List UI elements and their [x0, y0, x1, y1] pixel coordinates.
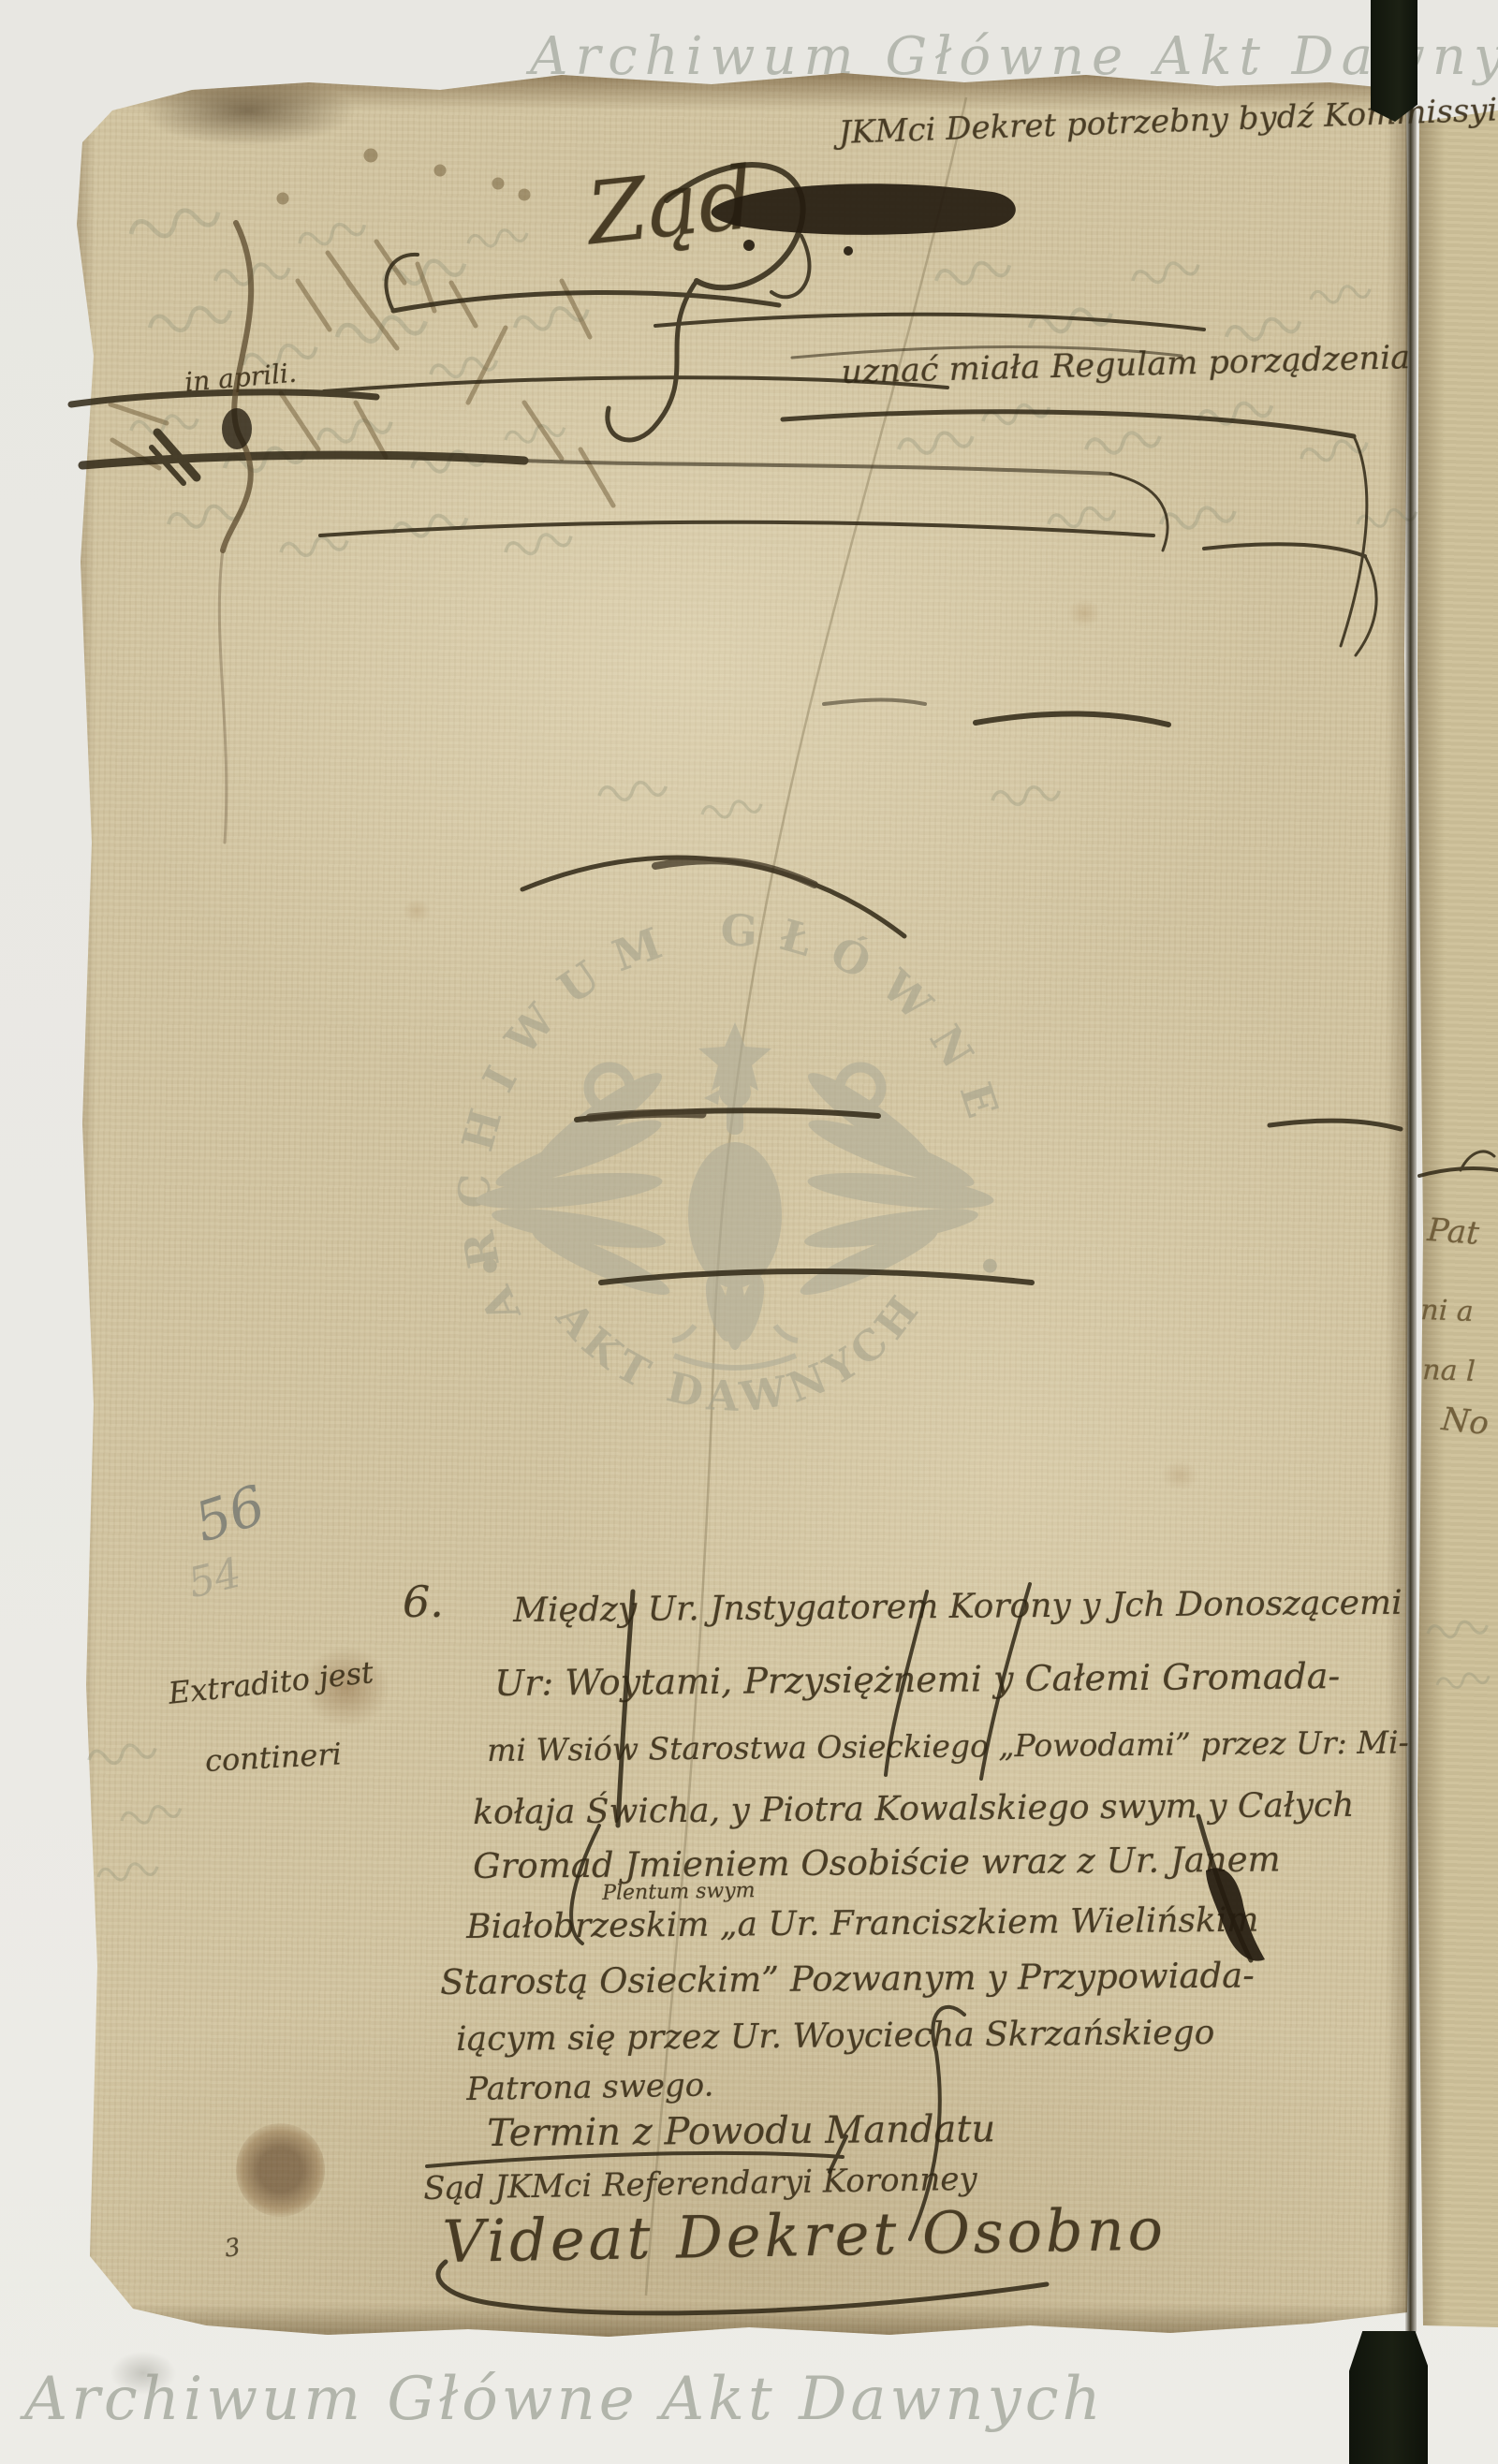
bookmark-ribbon-bottom: [1349, 2331, 1428, 2464]
closing-line-videat: Videat Dekret Osobno: [442, 2195, 1167, 2276]
body-line-7: Starostą Osieckim” Pozwanym y Przypowiad…: [440, 1955, 1255, 2002]
closing-line-termin: Termin z Powodu Mandatu: [487, 2107, 995, 2155]
fox-spot: [1161, 1460, 1198, 1490]
adjacent-fragment-1: Pat: [1426, 1211, 1480, 1253]
adjacent-fragment-2: ni a: [1420, 1294, 1475, 1328]
body-line-5: Gromad Jmieniem Osobiście wraz z Ur. Jan…: [473, 1839, 1281, 1886]
round-stain: [236, 2123, 325, 2217]
margin-note-extradito-2: contineri: [204, 1736, 343, 1779]
archive-watermark-bottom: Archiwum Główne Akt Dawnych: [24, 2365, 1105, 2434]
body-line-6: Białobrzeskim „a Ur. Franciszkiem Wieliń…: [466, 1901, 1259, 1946]
archive-watermark-top: Archiwum Główne Akt Dawnych: [530, 26, 1498, 87]
corner-mark: 3: [223, 2234, 242, 2264]
entry-number: 6.: [403, 1577, 444, 1627]
fox-spot: [403, 899, 431, 923]
page-edge-shadow-left: [60, 71, 95, 2337]
scanned-manuscript: Archiwum Główne Akt Dawnych Archiwum Głó…: [0, 0, 1498, 2464]
body-line-2: Ur: Woytami, Przysiężnemi y Całemi Groma…: [494, 1655, 1340, 1704]
interlinear-note: Plentum swym: [602, 1879, 756, 1905]
body-line-1: Między Ur. Jnstygatorem Korony y Jch Don…: [513, 1584, 1403, 1630]
adjacent-fragment-4: No: [1440, 1401, 1491, 1443]
body-line-8: iącym się przez Ur. Woyciecha Skrzańskie…: [456, 2014, 1214, 2059]
body-line-9: Patrona swego.: [466, 2066, 714, 2108]
adjacent-fragment-3: na l: [1422, 1354, 1476, 1388]
body-line-4: kołaja Świcha, y Piotra Kowalskiego swym…: [473, 1786, 1354, 1832]
fox-spot: [1067, 599, 1101, 627]
page-edge-shadow-bottom: [60, 2303, 1412, 2337]
heading-initial: Ząd: [582, 147, 758, 264]
edge-stain: [140, 75, 356, 146]
page-gutter-shadow: [1405, 107, 1417, 2335]
bookmark-ribbon-top: [1371, 0, 1417, 122]
